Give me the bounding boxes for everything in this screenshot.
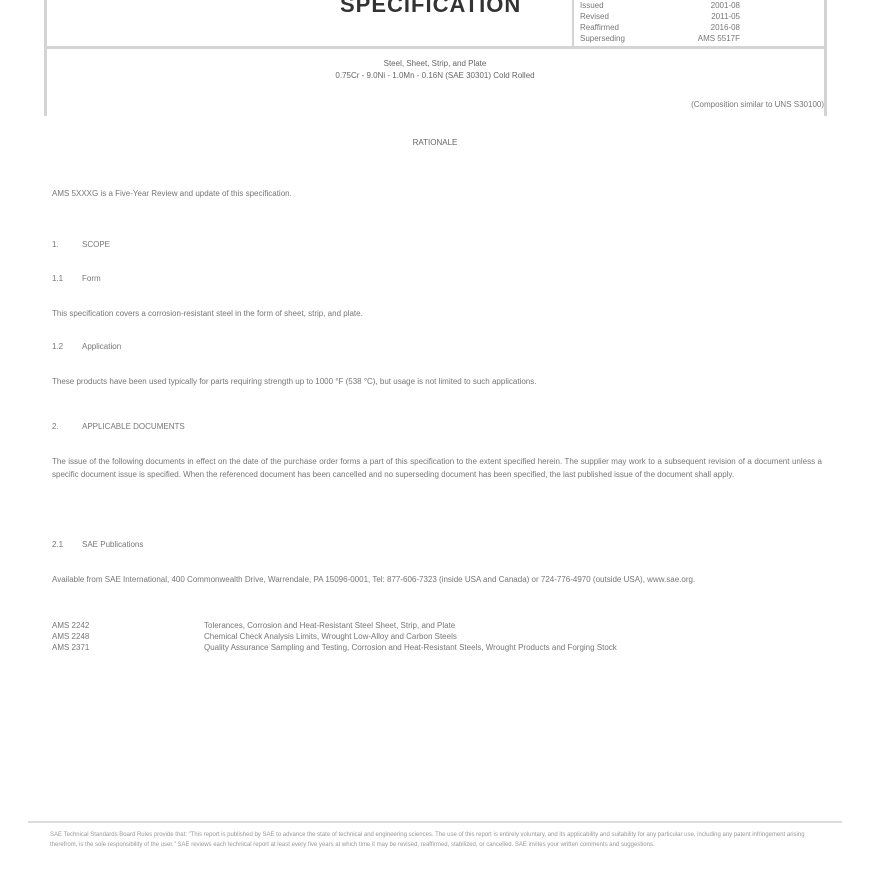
- application-paragraph: These products have been used typically …: [52, 376, 822, 389]
- form-paragraph: This specification covers a corrosion-re…: [52, 308, 822, 321]
- document-type-title: SPECIFICATION: [340, 0, 521, 18]
- applicable-documents-paragraph: The issue of the following documents in …: [52, 456, 822, 481]
- section-2-1-heading: 2.1SAE Publications: [52, 540, 143, 549]
- reference-list: AMS 2242Tolerances, Corrosion and Heat-R…: [52, 620, 822, 653]
- subject-line-2: 0.75Cr - 9.0Ni - 1.0Mn - 0.16N (SAE 3030…: [0, 70, 870, 82]
- rationale-heading: RATIONALE: [0, 138, 870, 147]
- sae-publications-paragraph: Available from SAE International, 400 Co…: [52, 574, 822, 587]
- section-1-2-heading: 1.2Application: [52, 342, 121, 351]
- footer-divider: [28, 821, 842, 823]
- issue-metadata: Issued2001-08 Revised2011-05 Reaffirmed2…: [580, 0, 740, 44]
- meta-divider: [572, 0, 574, 47]
- reference-item: AMS 2371Quality Assurance Sampling and T…: [52, 642, 822, 653]
- section-1-1-heading: 1.1Form: [52, 274, 101, 283]
- subject-line-1: Steel, Sheet, Strip, and Plate: [0, 58, 870, 70]
- footer-disclaimer: SAE Technical Standards Board Rules prov…: [50, 830, 820, 850]
- meta-row-revised: Revised2011-05: [580, 11, 740, 22]
- document-subject: Steel, Sheet, Strip, and Plate 0.75Cr - …: [0, 58, 870, 82]
- rationale-text: AMS 5XXXG is a Five-Year Review and upda…: [52, 188, 822, 201]
- section-2-heading: 2.APPLICABLE DOCUMENTS: [52, 422, 185, 431]
- section-1-heading: 1.SCOPE: [52, 240, 110, 249]
- header-divider: [44, 46, 827, 49]
- meta-row-superseding: SupersedingAMS 5517F: [580, 33, 740, 44]
- reference-item: AMS 2248Chemical Check Analysis Limits, …: [52, 631, 822, 642]
- reference-item: AMS 2242Tolerances, Corrosion and Heat-R…: [52, 620, 822, 631]
- meta-row-issued: Issued2001-08: [580, 0, 740, 11]
- meta-row-reaffirmed: Reaffirmed2016-08: [580, 22, 740, 33]
- composition-note: (Composition similar to UNS S30100): [691, 100, 824, 109]
